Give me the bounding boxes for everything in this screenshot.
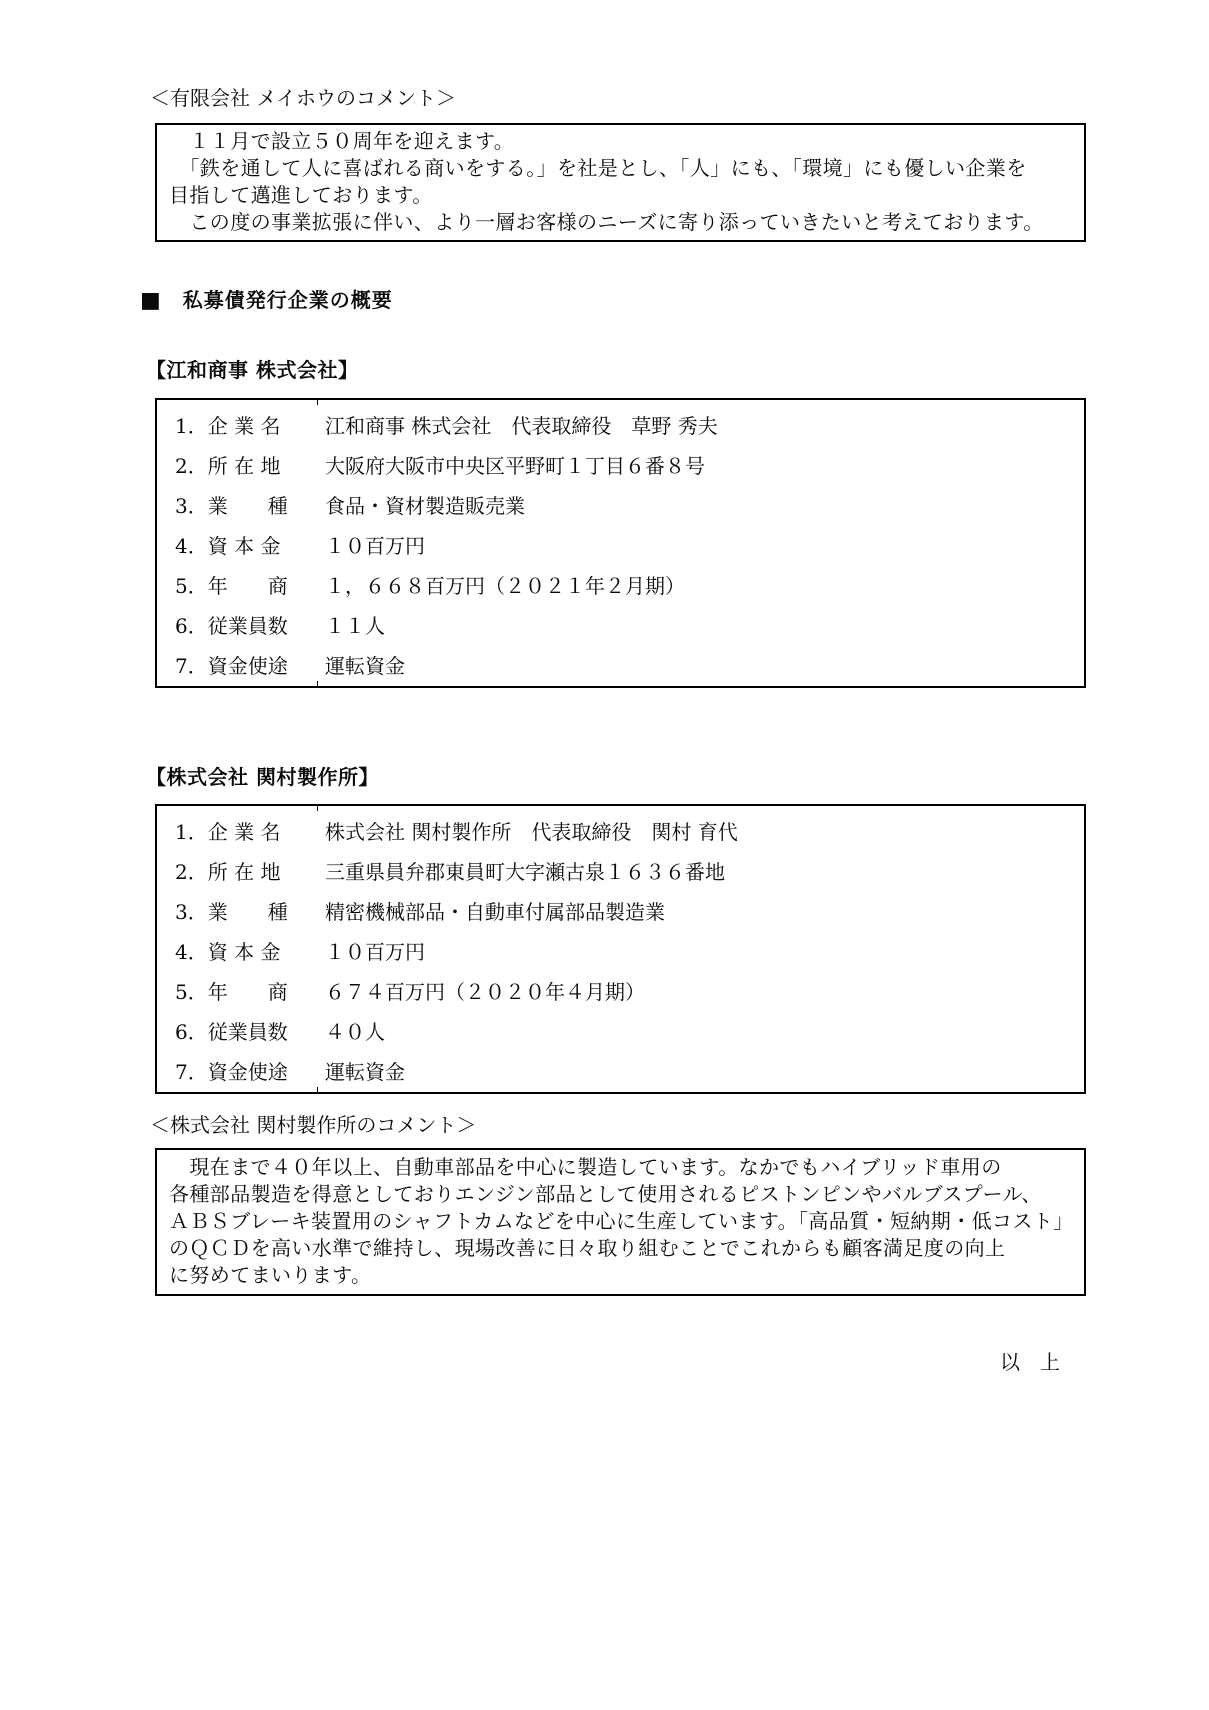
column-divider-tick — [317, 681, 318, 686]
row-value: 運転資金 — [325, 646, 1084, 686]
comment-line: 各種部品製造を得意としておりエンジン部品として使用されるピストンピンやバルブスプ… — [169, 1181, 1072, 1208]
table-row: 7．資金使途 運転資金 — [157, 646, 1084, 686]
row-value: 食品・資材製造販売業 — [325, 486, 1084, 526]
table-row: 4．資 本 金 １０百万円 — [157, 526, 1084, 566]
row-value: １，６６８百万円（２０２１年２月期） — [325, 566, 1084, 606]
column-divider-tick — [317, 1087, 318, 1092]
sekimura-comment-box: 現在まで４０年以上、自動車部品を中心に製造しています。なかでもハイブリッド車用の… — [155, 1148, 1086, 1296]
table-row: 3．業 種 精密機械部品・自動車付属部品製造業 — [157, 892, 1084, 932]
row-value: 運転資金 — [325, 1052, 1084, 1092]
row-label: 4．資 本 金 — [175, 526, 325, 566]
row-label: 6．従業員数 — [175, 606, 325, 646]
table-row: 2．所 在 地 大阪府大阪市中央区平野町１丁目６番８号 — [157, 446, 1084, 486]
closing-mark: 以 上 — [155, 1350, 1086, 1374]
column-divider-tick — [317, 806, 318, 811]
row-label: 5．年 商 — [175, 566, 325, 606]
comment-line: のＱＣＤを高い水準で維持し、現場改善に日々取り組むことでこれからも顧客満足度の向… — [169, 1235, 1072, 1262]
comment-line: 目指して邁進しております。 — [169, 182, 1072, 209]
table-row: 6．従業員数 ４０人 — [157, 1012, 1084, 1052]
row-value: 株式会社 関村製作所 代表取締役 関村 育代 — [325, 812, 1084, 852]
table-row: 1．企 業 名 江和商事 株式会社 代表取締役 草野 秀夫 — [157, 406, 1084, 446]
row-value: １０百万円 — [325, 526, 1084, 566]
row-label: 1．企 業 名 — [175, 812, 325, 852]
row-value: １１人 — [325, 606, 1084, 646]
comment-line: ＡＢＳブレーキ装置用のシャフトカムなどを中心に生産しています。「高品質・短納期・… — [169, 1208, 1072, 1235]
row-label: 6．従業員数 — [175, 1012, 325, 1052]
comment-line: １１月で設立５０周年を迎えます。 — [169, 128, 1072, 155]
row-label: 4．資 本 金 — [175, 932, 325, 972]
row-value: ４０人 — [325, 1012, 1084, 1052]
table-row: 6．従業員数 １１人 — [157, 606, 1084, 646]
comment-line: 「鉄を通して人に喜ばれる商いをする。」を社是とし、「人」にも、「環境」にも優しい… — [169, 155, 1072, 182]
section-header: ■ 私募債発行企業の概要 — [140, 288, 1209, 312]
row-value: 精密機械部品・自動車付属部品製造業 — [325, 892, 1084, 932]
meihou-comment-heading: ＜有限会社 メイホウのコメント＞ — [150, 86, 1209, 110]
company2-profile-table: 1．企 業 名 株式会社 関村製作所 代表取締役 関村 育代 2．所 在 地 三… — [155, 804, 1086, 1094]
row-label: 1．企 業 名 — [175, 406, 325, 446]
comment-line: に努めてまいります。 — [169, 1262, 1072, 1289]
row-label: 3．業 種 — [175, 892, 325, 932]
row-label: 2．所 在 地 — [175, 446, 325, 486]
column-divider-tick — [317, 400, 318, 405]
meihou-comment-box: １１月で設立５０周年を迎えます。 「鉄を通して人に喜ばれる商いをする。」を社是と… — [155, 123, 1086, 242]
comment-line: この度の事業拡張に伴い、より一層お客様のニーズに寄り添っていきたいと考えておりま… — [169, 209, 1072, 236]
company1-heading: 【江和商事 株式会社】 — [146, 358, 1209, 382]
table-row: 2．所 在 地 三重県員弁郡東員町大字瀬古泉１６３６番地 — [157, 852, 1084, 892]
table-row: 4．資 本 金 １０百万円 — [157, 932, 1084, 972]
table-row: 5．年 商 ６７４百万円（２０２０年４月期） — [157, 972, 1084, 1012]
company2-heading: 【株式会社 関村製作所】 — [146, 765, 1209, 789]
row-value: 三重県員弁郡東員町大字瀬古泉１６３６番地 — [325, 852, 1084, 892]
row-value: ６７４百万円（２０２０年４月期） — [325, 972, 1084, 1012]
row-label: 3．業 種 — [175, 486, 325, 526]
table-row: 5．年 商 １，６６８百万円（２０２１年２月期） — [157, 566, 1084, 606]
table-row: 3．業 種 食品・資材製造販売業 — [157, 486, 1084, 526]
row-label: 2．所 在 地 — [175, 852, 325, 892]
row-label: 7．資金使途 — [175, 1052, 325, 1092]
comment-line: 現在まで４０年以上、自動車部品を中心に製造しています。なかでもハイブリッド車用の — [169, 1154, 1072, 1181]
row-label: 7．資金使途 — [175, 646, 325, 686]
row-value: 江和商事 株式会社 代表取締役 草野 秀夫 — [325, 406, 1084, 446]
section-title: 私募債発行企業の概要 — [183, 288, 393, 312]
table-row: 7．資金使途 運転資金 — [157, 1052, 1084, 1092]
row-value: 大阪府大阪市中央区平野町１丁目６番８号 — [325, 446, 1084, 486]
table-row: 1．企 業 名 株式会社 関村製作所 代表取締役 関村 育代 — [157, 812, 1084, 852]
section-square-marker-icon: ■ — [140, 292, 161, 309]
sekimura-comment-heading: ＜株式会社 関村製作所のコメント＞ — [150, 1113, 1209, 1137]
company1-profile-table: 1．企 業 名 江和商事 株式会社 代表取締役 草野 秀夫 2．所 在 地 大阪… — [155, 398, 1086, 688]
document-page: ＜有限会社 メイホウのコメント＞ １１月で設立５０周年を迎えます。 「鉄を通して… — [0, 0, 1209, 1710]
row-value: １０百万円 — [325, 932, 1084, 972]
row-label: 5．年 商 — [175, 972, 325, 1012]
